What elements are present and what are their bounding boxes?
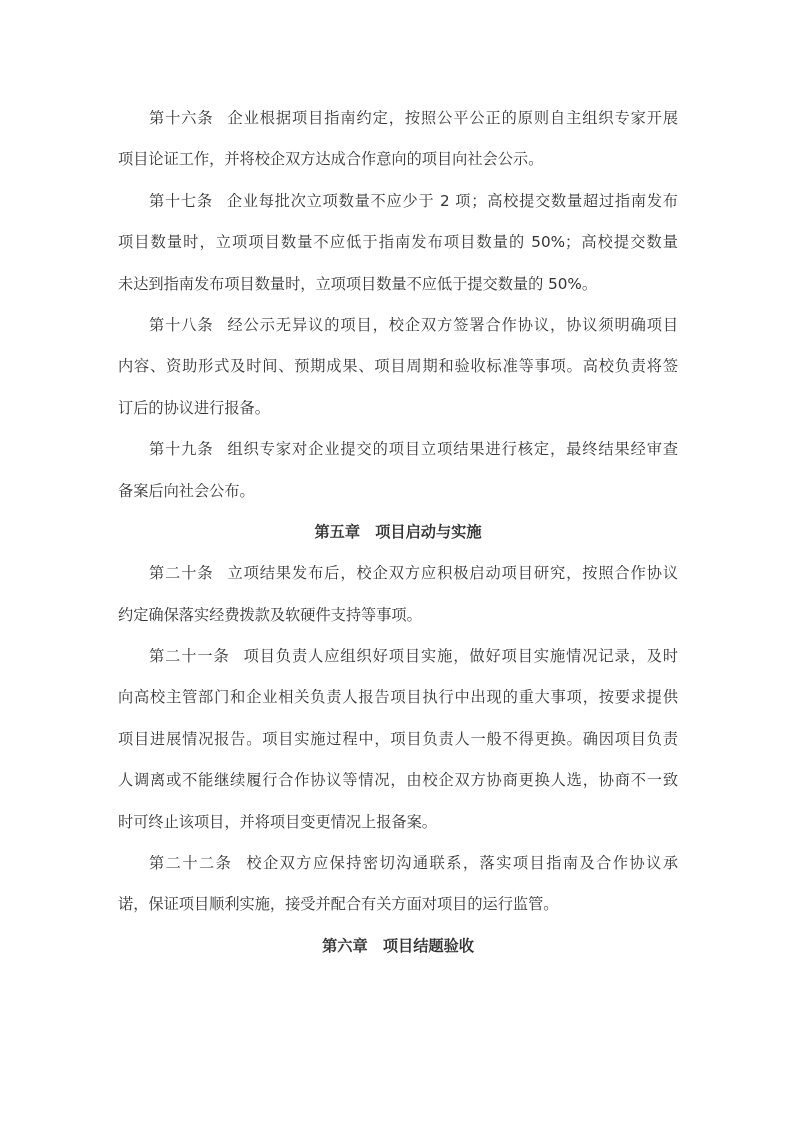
text-line: 第二十条立项结果发布后，校企双方应积极启动项目研究，按照合作协议	[118, 553, 678, 594]
text-line: 备案后向社会公布。	[118, 471, 678, 512]
article-number: 第二十条	[149, 564, 214, 582]
article-paragraph: 第十九条组织专家对企业提交的项目立项结果进行核定，最终结果经审查备案后向社会公布…	[118, 429, 678, 512]
text-line: 项目数量时，立项项目数量不应低于指南发布项目数量的 50%；高校提交数量	[118, 222, 678, 263]
line-text: 约定确保落实经费拨款及软硬件支持等事项。	[118, 606, 422, 624]
article-paragraph: 第十六条企业根据项目指南约定，按照公平公正的原则自主组织专家开展项目论证工作，并…	[118, 98, 678, 181]
line-text: 项目数量时，立项项目数量不应低于指南发布项目数量的 50%；高校提交数量	[118, 233, 678, 251]
chapter-heading: 第六章 项目结题验收	[118, 926, 678, 967]
line-text: 项目进展情况报告。项目实施过程中，项目负责人一般不得更换。确因项目负责	[118, 730, 678, 748]
line-text: 项目负责人应组织好项目实施，做好项目实施情况记录，及时	[244, 647, 678, 665]
article-number: 第二十二条	[149, 854, 232, 872]
chapter-heading: 第五章 项目启动与实施	[118, 512, 678, 553]
text-line: 内容、资助形式及时间、预期成果、项目周期和验收标准等事项。高校负责将签	[118, 346, 678, 387]
text-line: 项目进展情况报告。项目实施过程中，项目负责人一般不得更换。确因项目负责	[118, 719, 678, 760]
line-text: 订后的协议进行报备。	[118, 399, 270, 417]
article-paragraph: 第十七条企业每批次立项数量不应少于 2 项；高校提交数量超过指南发布项目数量时，…	[118, 181, 678, 305]
text-line: 第二十一条项目负责人应组织好项目实施，做好项目实施情况记录，及时	[118, 636, 678, 677]
line-text: 备案后向社会公布。	[118, 482, 255, 500]
text-line: 第十六条企业根据项目指南约定，按照公平公正的原则自主组织专家开展	[118, 98, 678, 139]
article-number: 第二十一条	[149, 647, 230, 665]
line-text: 内容、资助形式及时间、预期成果、项目周期和验收标准等事项。高校负责将签	[118, 357, 678, 375]
text-line: 人调离或不能继续履行合作协议等情况，由校企双方协商更换人选，协商不一致	[118, 760, 678, 801]
article-number: 第十八条	[149, 316, 214, 334]
line-text: 诺，保证项目顺利实施，接受并配合有关方面对项目的运行监管。	[118, 895, 558, 913]
text-line: 项目论证工作，并将校企双方达成合作意向的项目向社会公示。	[118, 139, 678, 180]
line-text: 企业根据项目指南约定，按照公平公正的原则自主组织专家开展	[228, 109, 679, 127]
text-line: 第二十二条校企双方应保持密切沟通联系，落实项目指南及合作协议承	[118, 843, 678, 884]
article-paragraph: 第十八条经公示无异议的项目，校企双方签署合作协议，协议须明确项目内容、资助形式及…	[118, 305, 678, 429]
text-line: 未达到指南发布项目数量时，立项项目数量不应低于提交数量的 50%。	[118, 264, 678, 305]
line-text: 时可终止该项目，并将项目变更情况上报备案。	[118, 813, 437, 831]
line-text: 校企双方应保持密切沟通联系，落实项目指南及合作协议承	[246, 854, 678, 872]
line-text: 立项结果发布后，校企双方应积极启动项目研究，按照合作协议	[228, 564, 679, 582]
line-text: 经公示无异议的项目，校企双方签署合作协议，协议须明确项目	[228, 316, 679, 334]
article-number: 第十七条	[149, 192, 213, 210]
line-text: 项目论证工作，并将校企双方达成合作意向的项目向社会公示。	[118, 150, 543, 168]
article-paragraph: 第二十二条校企双方应保持密切沟通联系，落实项目指南及合作协议承诺，保证项目顺利实…	[118, 843, 678, 926]
line-text: 企业每批次立项数量不应少于 2 项；高校提交数量超过指南发布	[227, 192, 678, 210]
line-text: 组织专家对企业提交的项目立项结果进行核定，最终结果经审查	[228, 440, 679, 458]
text-line: 约定确保落实经费拨款及软硬件支持等事项。	[118, 595, 678, 636]
article-paragraph: 第二十条立项结果发布后，校企双方应积极启动项目研究，按照合作协议约定确保落实经费…	[118, 553, 678, 636]
article-number: 第十六条	[149, 109, 214, 127]
text-line: 第十九条组织专家对企业提交的项目立项结果进行核定，最终结果经审查	[118, 429, 678, 470]
document-page: 第十六条企业根据项目指南约定，按照公平公正的原则自主组织专家开展项目论证工作，并…	[118, 98, 678, 967]
article-paragraph: 第二十一条项目负责人应组织好项目实施，做好项目实施情况记录，及时向高校主管部门和…	[118, 636, 678, 843]
article-number: 第十九条	[149, 440, 214, 458]
text-line: 时可终止该项目，并将项目变更情况上报备案。	[118, 802, 678, 843]
line-text: 未达到指南发布项目数量时，立项项目数量不应低于提交数量的 50%。	[118, 275, 597, 293]
text-line: 订后的协议进行报备。	[118, 388, 678, 429]
text-line: 向高校主管部门和企业相关负责人报告项目执行中出现的重大事项，按要求提供	[118, 677, 678, 718]
text-line: 第十八条经公示无异议的项目，校企双方签署合作协议，协议须明确项目	[118, 305, 678, 346]
line-text: 向高校主管部门和企业相关负责人报告项目执行中出现的重大事项，按要求提供	[118, 688, 678, 706]
text-line: 诺，保证项目顺利实施，接受并配合有关方面对项目的运行监管。	[118, 884, 678, 925]
line-text: 人调离或不能继续履行合作协议等情况，由校企双方协商更换人选，协商不一致	[118, 771, 678, 789]
text-line: 第十七条企业每批次立项数量不应少于 2 项；高校提交数量超过指南发布	[118, 181, 678, 222]
